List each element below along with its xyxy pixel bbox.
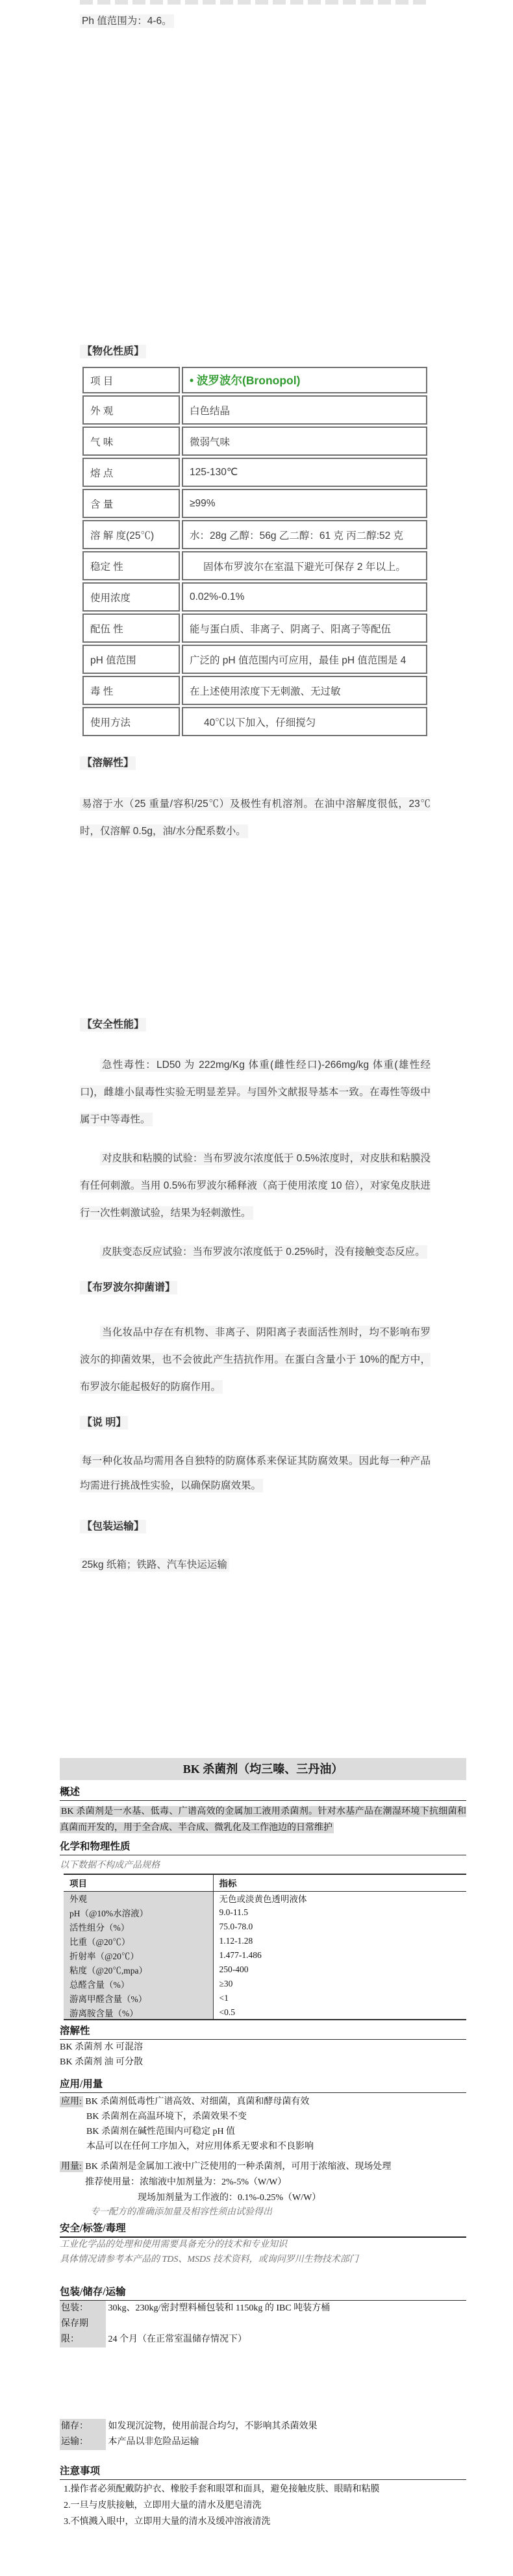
safety-note-1: 工业化学品的处理和使用需要具备充分的技术和专业知识 (60, 2237, 466, 2252)
col-header-item: 项目 (64, 1874, 213, 1891)
safety-paragraph-3: 皮肤变态反应试验：当布罗波尔浓度低于 0.25%时，没有接触变态反应。 (80, 1239, 431, 1266)
prop-spec: 1.12-1.28 (213, 1934, 466, 1948)
section-title-safety: 【安全性能】 (80, 1016, 431, 1031)
solubility-line-2: BK 杀菌剂 油 可分散 (60, 2055, 466, 2070)
table-row: 含 量 ≥99% (82, 489, 427, 518)
prop-item: 游离胺含量（%） (64, 2005, 213, 2020)
section-title-application: 应用/用量 (60, 2076, 466, 2093)
overview-paragraph: BK 杀菌剂是一水基、低毒、广谱高效的金属加工液用杀菌剂。针对水基产品在潮湿环境… (60, 1803, 466, 1836)
properties-disclaimer: 以下数据不构成产品规格 (60, 1858, 466, 1871)
ph-range-line: Ph 值范围为：4-6。 (80, 13, 431, 27)
properties-table-wrap: 项目 指标 外观 无色或淡黄色透明液体 pH（@10%水溶液） 9.0-11.5… (60, 1874, 466, 2020)
packing-line: 25kg 纸箱；铁路、汽车快运运输 (80, 1557, 431, 1571)
table-row: 项 目 • 波罗波尔(Bronopol) (82, 367, 427, 393)
section-title-packing: 【包装运输】 (80, 1518, 431, 1533)
bk-datasheet: BK 杀菌剂（均三嗪、三丹油） 概述 BK 杀菌剂是一水基、低毒、广谱高效的金属… (60, 1754, 466, 2576)
product-name-green: • 波罗波尔(Bronopol) (190, 374, 300, 387)
row-value: 白色结晶 (182, 395, 427, 425)
storage-label: 储存： (60, 2419, 106, 2434)
prop-spec: 无色或淡黄色透明液体 (213, 1891, 466, 1905)
clipped-text-remnant (80, 0, 431, 5)
storage-row: 储存： 如发现沉淀物，使用前混合均匀，不影响其杀菌效果 (60, 2419, 466, 2434)
prop-item: pH（@10%水溶液） (64, 1905, 213, 1920)
row-label: 项 目 (82, 367, 180, 393)
safety-paragraph-2: 对皮肤和粘膜的试验：当布罗波尔浓度低于 0.5%浓度时，对皮肤和粘膜没有任何刺激… (80, 1145, 431, 1227)
row-label: 熔 点 (82, 458, 180, 487)
note-paragraph: 每一种化妆品均需用各自独特的防腐体系来保证其防腐效果。因此每一种产品均需进行挑战… (80, 1449, 431, 1498)
prop-spec: ≥30 (213, 1977, 466, 1991)
row-value: • 波罗波尔(Bronopol) (182, 367, 427, 393)
application-line-2: BK 杀菌剂在高温环境下，杀菌效果不变 (60, 2109, 466, 2124)
shelf-life-label: 保存期限： (60, 2316, 106, 2347)
row-label: 含 量 (82, 489, 180, 518)
col-header-spec: 指标 (213, 1874, 466, 1891)
prop-item: 折射率（@20℃） (64, 1948, 213, 1963)
table-row: 总醛含量（%） ≥30 (64, 1977, 466, 1991)
transport-row: 运输： 本产品以非危险品运输 (60, 2434, 466, 2450)
table-row: 游离胺含量（%） <0.5 (64, 2005, 466, 2020)
solubility-paragraph: 易溶于水（25 重量/容积/25℃）及极性有机溶剂。在油中溶解度很低，23℃时，… (80, 791, 431, 845)
section-title-safety2: 安全/标签/毒理 (60, 2220, 466, 2238)
prop-item: 总醛含量（%） (64, 1977, 213, 1991)
dosage-line-3: 现场加剂量为工作液的：0.1%-0.25%（W/W） (60, 2190, 466, 2205)
dosage-line-2: 推荐使用量：浓缩液中加剂量为：2%-5%（W/W） (60, 2175, 466, 2190)
table-row: 使用方法 40℃以下加入，仔细搅匀 (82, 707, 427, 736)
table-row: pH 值范围 广泛的 pH 值范围内可应用，最佳 pH 值范围是 4 (82, 645, 427, 674)
table-row: 配伍 性 能与蛋白质、非离子、阴离子、阳离子等配伍 (82, 613, 427, 643)
ph-range-text: Ph 值范围为：4-6。 (80, 14, 174, 28)
prop-spec: 250-400 (213, 1963, 466, 1977)
row-label: 溶 解 度(25℃) (82, 520, 180, 549)
safety-paragraph-1: 急性毒性：LD50 为 222mg/Kg 体重(雌性经口)-266mg/kg 体… (80, 1052, 431, 1133)
table-row: 折射率（@20℃） 1.477-1.486 (64, 1948, 466, 1963)
shelf-life-row: 保存期限： 24 个月（在正常室温储存情况下） (60, 2316, 466, 2347)
application-line-3: BK 杀菌剂在碱性范围内可稳定 pH 值 (60, 2124, 466, 2139)
spectrum-paragraph: 当化妆品中存在有机物、非离子、阴阳离子表面活性剂时，均不影响布罗波尔的抑菌效果，… (80, 1319, 431, 1401)
prop-item: 外观 (64, 1891, 213, 1905)
section-title-solubility: 【溶解性】 (80, 754, 431, 769)
dosage-label: 用量: (60, 2161, 83, 2172)
row-label: 配伍 性 (82, 613, 180, 643)
caution-item-2: 2.一旦与皮肤接触，立即用大量的清水及肥皂清洗 (60, 2497, 466, 2514)
prop-spec: <1 (213, 1991, 466, 2005)
properties-table: 项目 指标 外观 无色或淡黄色透明液体 pH（@10%水溶液） 9.0-11.5… (64, 1874, 466, 2020)
section-title-packing2: 包装/储存/运输 (60, 2284, 466, 2301)
row-value: 广泛的 pH 值范围内可应用，最佳 pH 值范围是 4 (182, 645, 427, 674)
table-row: pH（@10%水溶液） 9.0-11.5 (64, 1905, 466, 1920)
table-row: 气 味 微弱气味 (82, 427, 427, 456)
table-row: 稳定 性 固体布罗波尔在室温下避光可保存 2 年以上。 (82, 551, 427, 580)
table-row: 毒 性 在上述使用浓度下无刺激、无过敏 (82, 676, 427, 705)
section-title-note: 【说 明】 (80, 1414, 431, 1429)
table-row: 熔 点 125-130℃ (82, 458, 427, 487)
dosage-line-1: 用量: BK 杀菌剂是金属加工液中广泛使用的一种杀菌剂，可用于浓缩液、现场处理 (60, 2159, 466, 2174)
row-value: 固体布罗波尔在室温下避光可保存 2 年以上。 (182, 551, 427, 580)
transport-label: 运输： (60, 2434, 106, 2450)
table-row: 使用浓度 0.02%-0.1% (82, 582, 427, 612)
table-row: 溶 解 度(25℃) 水：28g 乙醇：56g 乙二醇：61 克 丙二醇:52 … (82, 520, 427, 549)
document-page: Ph 值范围为：4-6。 【物化性质】 项 目 • 波罗波尔(Bronopol)… (0, 0, 513, 2576)
section-title-properties: 化学和物理性质 (60, 1839, 466, 1855)
prop-spec: <0.5 (213, 2005, 466, 2020)
row-value: 0.02%-0.1% (182, 582, 427, 612)
table-row: 比重（@20℃） 1.12-1.28 (64, 1934, 466, 1948)
table-row: 游离甲醛含量（%） <1 (64, 1991, 466, 2005)
section-title-spectrum: 【布罗波尔抑菌谱】 (80, 1279, 431, 1294)
application-line-1: 应用: BK 杀菌剂低毒性广谱高效、对细菌，真菌和酵母菌有效 (60, 2094, 466, 2109)
solubility-line-1: BK 杀菌剂 水 可混溶 (60, 2040, 466, 2055)
packing-label: 包装： (60, 2301, 106, 2316)
packing-row: 包装： 30kg、230kg/密封塑料桶包装和 1150kg 的 IBC 吨装方… (60, 2301, 466, 2316)
physchem-table: 项 目 • 波罗波尔(Bronopol) 外 观 白色结晶 气 味 微弱气味 熔… (81, 365, 429, 738)
section-title-solubility2: 溶解性 (60, 2023, 466, 2040)
prop-item: 活性组分（%） (64, 1920, 213, 1934)
prop-spec: 1.477-1.486 (213, 1948, 466, 1963)
safety-note-2: 具体情况请参考本产品的 TDS、MSDS 技术资料，或询问罗川生物技术部门 (60, 2252, 466, 2267)
caution-item-3: 3.不慎溅入眼中，立即用大量的清水及缓冲溶液清洗 (60, 2514, 466, 2530)
caution-item-1: 1.操作者必须配戴防护衣、橡胶手套和眼罩和面具，避免接触皮肤、眼睛和粘膜 (60, 2481, 466, 2497)
prop-spec: 75.0-78.0 (213, 1920, 466, 1934)
prop-spec: 9.0-11.5 (213, 1905, 466, 1920)
table-row: 外观 无色或淡黄色透明液体 (64, 1891, 466, 1905)
row-label: 使用方法 (82, 707, 180, 736)
section-title-overview: 概述 (60, 1784, 466, 1801)
section-title-cautions: 注意事项 (60, 2463, 466, 2480)
row-value: 40℃以下加入，仔细搅匀 (182, 707, 427, 736)
application-line-4: 本品可以在任何工序加入，对应用体系无要求和不良影响 (60, 2139, 466, 2154)
row-value: ≥99% (182, 489, 427, 518)
application-label: 应用: (60, 2096, 83, 2107)
row-value: 125-130℃ (182, 458, 427, 487)
row-label: 外 观 (82, 395, 180, 425)
prop-item: 比重（@20℃） (64, 1934, 213, 1948)
prop-item: 游离甲醛含量（%） (64, 1991, 213, 2005)
row-value: 微弱气味 (182, 427, 427, 456)
row-value: 水：28g 乙醇：56g 乙二醇：61 克 丙二醇:52 克 (182, 520, 427, 549)
table-row: 活性组分（%） 75.0-78.0 (64, 1920, 466, 1934)
bk-title-bar: BK 杀菌剂（均三嗪、三丹油） (60, 1758, 466, 1780)
row-value: 在上述使用浓度下无刺激、无过敏 (182, 676, 427, 705)
row-label: 稳定 性 (82, 551, 180, 580)
row-label: 气 味 (82, 427, 180, 456)
row-value: 能与蛋白质、非离子、阴离子、阳离子等配伍 (182, 613, 427, 643)
section-title-physchem: 【物化性质】 (80, 343, 431, 358)
dosage-note: 专一配方的准确添加量及相容性须由试验得出 (60, 2205, 466, 2220)
table-row: 外 观 白色结晶 (82, 395, 427, 425)
row-label: pH 值范围 (82, 645, 180, 674)
prop-item: 粘度（@20℃,mpa） (64, 1963, 213, 1977)
row-label: 毒 性 (82, 676, 180, 705)
table-row: 粘度（@20℃,mpa） 250-400 (64, 1963, 466, 1977)
row-label: 使用浓度 (82, 582, 180, 612)
table-header-row: 项目 指标 (64, 1874, 466, 1891)
